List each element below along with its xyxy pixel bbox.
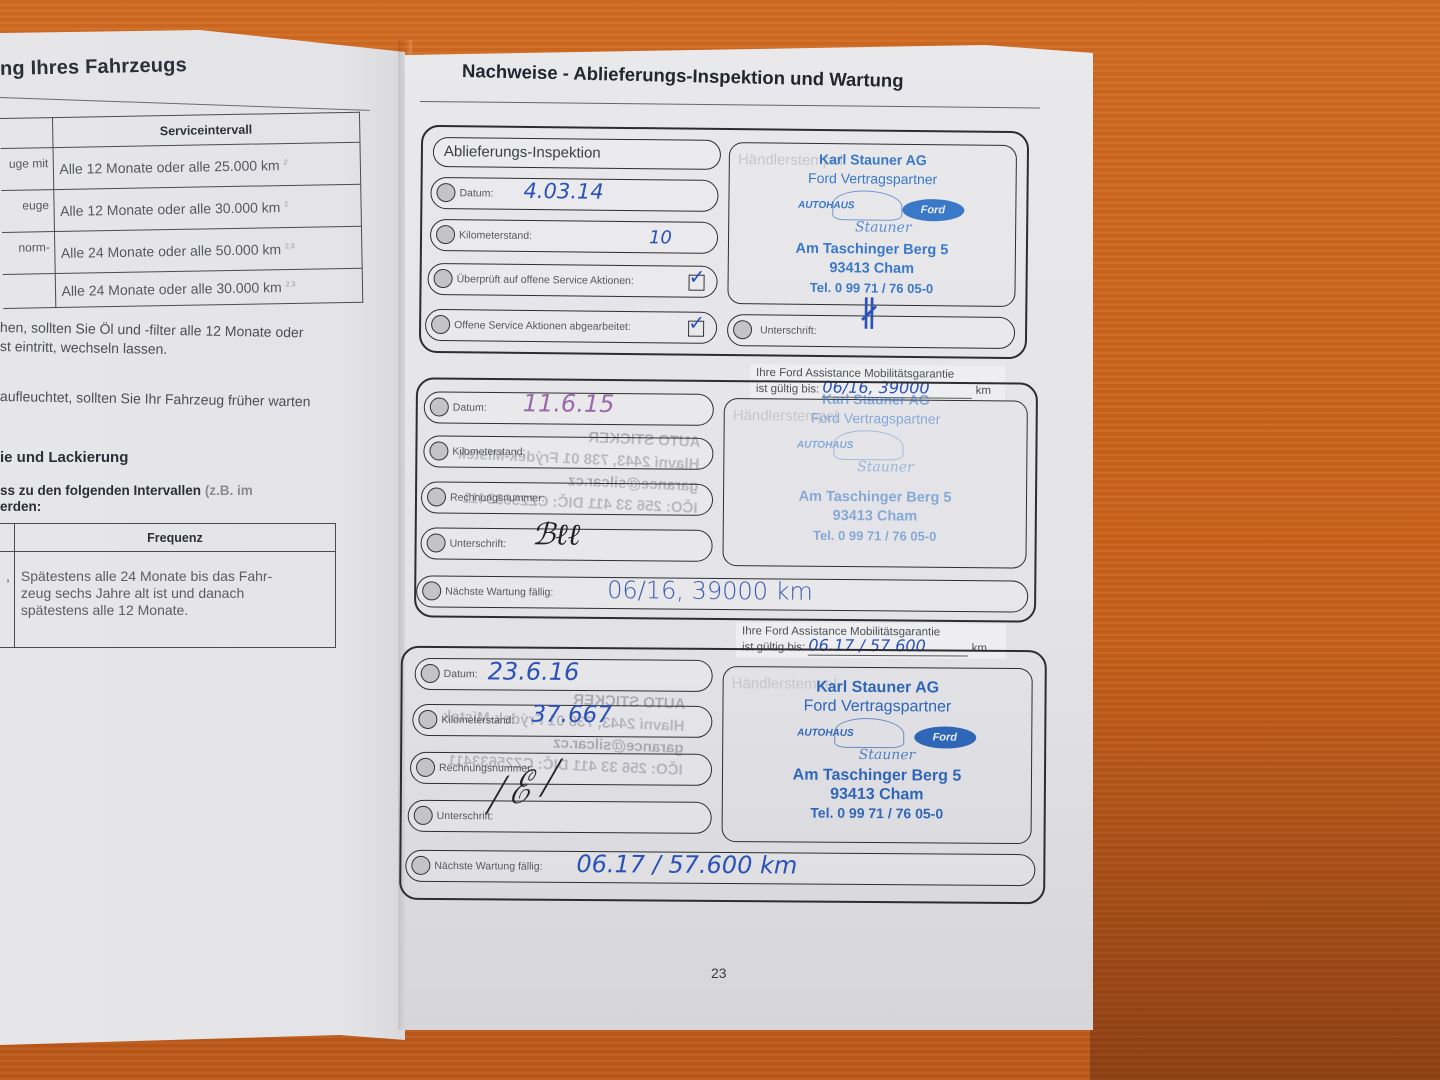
circle-icon — [430, 397, 449, 416]
handwritten-mileage: 37.667 — [531, 702, 612, 729]
field-label: Datum: — [459, 187, 493, 199]
handwritten-next-service: 06/16, 39000 km — [607, 576, 813, 606]
table-row: , Spätestens alle 24 Monate bis das Fahr… — [0, 552, 336, 648]
field-label: Nächste Wartung fällig: — [445, 586, 553, 599]
stauner-script: Stauner — [855, 218, 912, 238]
ford-logo-icon: Ford — [914, 726, 976, 748]
field-label: Offene Service Aktionen abgearbeitet: — [454, 319, 631, 333]
table-row: Alle 24 Monate oder alle 30.000 km 2,3 — [3, 268, 363, 308]
check-icon: ✓ — [689, 268, 706, 288]
handwritten-date: 23.6.16 — [488, 657, 580, 686]
interval-cell: Alle 24 Monate oder alle 50.000 km 2,3 — [54, 226, 362, 273]
date-field[interactable]: Datum: 11.6.15 — [424, 391, 714, 426]
vehicle-cell: norm- — [2, 232, 55, 275]
table-row: euge Alle 12 Monate oder alle 30.000 km … — [1, 184, 361, 232]
car-logo-icon — [833, 430, 903, 461]
section-title: Ablieferungs-Inspektion — [444, 143, 601, 162]
circle-icon — [416, 758, 435, 777]
service-interval-table: Serviceintervall uge mit Alle 12 Monate … — [0, 112, 363, 309]
invoice-number-field[interactable]: Rechnungsnummer: — [421, 481, 713, 516]
dealer-phone: Tel. 0 99 71 / 76 05-0 — [723, 803, 1031, 824]
footnote: 2 — [284, 201, 288, 208]
table-header-frequency: Frequenz — [14, 524, 335, 552]
interval-cell: Alle 12 Monate oder alle 25.000 km 2 — [53, 142, 361, 189]
dealer-stamp-box: Händlerstempel Karl Stauner AG Ford Vert… — [727, 142, 1017, 307]
vehicle-cell: euge — [1, 190, 54, 233]
circle-icon — [733, 320, 752, 339]
dealer-stamp-box: Händlerstempel Karl Stauner AG Ford Vert… — [722, 666, 1033, 844]
field-label: Überprüft auf offene Service Aktionen: — [457, 273, 634, 287]
dealer-stamp: Karl Stauner AG Ford Vertragspartner AUT… — [724, 389, 1027, 547]
circle-icon — [431, 315, 450, 334]
handwritten-next-service: 06.17 / 57.600 km — [576, 850, 797, 880]
footnote: 2,3 — [286, 281, 296, 288]
circle-icon — [411, 856, 430, 875]
interval-text: Alle 12 Monate oder alle 30.000 km — [60, 199, 280, 219]
field-label: Nächste Wartung fällig: — [434, 860, 542, 873]
date-field[interactable]: Datum: 4.03.14 — [430, 177, 718, 212]
dealer-street: Am Taschinger Berg 5 — [724, 487, 1026, 509]
interval-cell: Alle 12 Monate oder alle 30.000 km 2 — [53, 184, 361, 231]
circle-icon — [427, 533, 446, 552]
circle-icon — [427, 487, 446, 506]
section-intro: ss zu den folgenden Intervallen (z.B. im… — [0, 483, 253, 515]
dealer-logo-row: AUTOHAUS Ford Stauner — [723, 715, 1031, 767]
table-header-vehicle — [0, 118, 53, 149]
interval-text: Alle 24 Monate oder alle 30.000 km — [61, 279, 281, 299]
frequency-line: Spätestens alle 24 Monate bis das Fahr- — [21, 568, 272, 584]
ford-logo-text: Ford — [914, 726, 976, 748]
handwritten-mileage: 10 — [649, 227, 672, 248]
handwritten-signature: ∦ — [858, 294, 880, 334]
field-label: Rechnungsnummer: — [450, 492, 545, 505]
dealer-city: 93413 Cham — [723, 784, 1031, 805]
circle-icon — [414, 806, 433, 825]
dealer-phone: Tel. 0 99 71 / 76 05-0 — [724, 525, 1026, 547]
stauner-script: Stauner — [859, 746, 916, 765]
dealer-stamp-box: Händlerstempel Karl Stauner AG Ford Vert… — [722, 398, 1027, 569]
field-label: Unterschrift: — [450, 538, 507, 550]
item-cell: , — [0, 552, 14, 648]
section-intro-text: ss zu den folgenden Intervallen — [0, 483, 201, 498]
section-intro-example: (z.B. im — [205, 483, 253, 498]
field-label: Datum: — [453, 402, 487, 414]
dealer-logo-row: AUTOHAUS Stauner — [724, 427, 1027, 490]
handwritten-date: 4.03.14 — [523, 179, 603, 204]
delivery-inspection-title: Ablieferungs-Inspektion — [433, 137, 721, 170]
check-icon: ✓ — [688, 314, 705, 334]
left-page-title: ng Ihres Fahrzeugs — [0, 54, 187, 81]
frequency-table: Frequenz , Spätestens alle 24 Monate bis… — [0, 523, 336, 648]
oil-paragraph-line-2: st eintritt, wechseln lassen. — [0, 337, 167, 358]
circle-icon — [434, 269, 453, 288]
section-intro-end: erden: — [0, 499, 41, 514]
footnote: 2 — [283, 159, 287, 166]
handwritten-signature: ℬℓℓ — [532, 517, 581, 552]
completed-service-actions-field[interactable]: Offene Service Aktionen abgearbeitet: ✓ — [425, 309, 717, 344]
checked-service-actions-checkbox[interactable]: ✓ — [688, 275, 704, 291]
frequency-line: spätestens alle 12 Monate. — [21, 602, 188, 618]
circle-icon — [421, 664, 440, 683]
mileage-field[interactable]: Kilometerstand: 10 — [430, 219, 718, 254]
page-number: 23 — [711, 965, 727, 981]
vehicle-cell — [3, 274, 56, 309]
handwritten-date: 11.6.15 — [523, 389, 615, 418]
circle-icon — [422, 581, 441, 600]
interval-text: Alle 24 Monate oder alle 50.000 km — [61, 241, 281, 261]
completed-service-actions-checkbox[interactable]: ✓ — [688, 321, 704, 337]
field-label: Datum: — [444, 668, 478, 680]
date-field[interactable]: Datum: 23.6.16 — [415, 658, 713, 692]
circle-icon — [436, 183, 455, 202]
dealer-stamp: Karl Stauner AG Ford Vertragspartner AUT… — [728, 149, 1016, 299]
signature-field[interactable]: Unterschrift: ∦ — [727, 314, 1015, 349]
mileage-field[interactable]: Kilometerstand: 37.667 — [412, 704, 712, 738]
signature-field[interactable]: Unterschrift: ℬℓℓ — [420, 527, 712, 562]
interval-cell: Alle 24 Monate oder alle 30.000 km 2,3 — [55, 268, 363, 307]
table-row: uge mit Alle 12 Monate oder alle 25.000 … — [1, 142, 361, 190]
frequency-line: zeug sechs Jahre alt ist und danach — [21, 585, 244, 601]
service-block-1: AUTO STICKER Hlavní 2443, 738 01 Frýdek-… — [414, 377, 1038, 622]
dealer-partner: Ford Vertragspartner — [725, 408, 1027, 430]
dealer-logo-row: AUTOHAUS Ford Stauner — [729, 187, 1016, 242]
stauner-script: Stauner — [857, 458, 914, 477]
next-service-field[interactable]: Nächste Wartung fällig: 06.17 / 57.600 k… — [405, 850, 1035, 886]
table-header-item — [0, 524, 14, 552]
section-heading: ie und Lackierung — [0, 449, 128, 466]
delivery-inspection-block: Ablieferungs-Inspektion Datum: 4.03.14 K… — [419, 125, 1029, 359]
dealer-name: Karl Stauner AG — [725, 389, 1027, 411]
table-row: norm- Alle 24 Monate oder alle 50.000 km… — [2, 226, 362, 274]
footnote: 2,3 — [285, 243, 295, 250]
checked-service-actions-field[interactable]: Überprüft auf offene Service Aktionen: ✓ — [427, 263, 717, 298]
dealer-name: Karl Stauner AG — [724, 677, 1032, 698]
circle-icon — [429, 441, 448, 460]
signature-field[interactable]: Unterschrift: ⟋ℰ⟋ — [408, 800, 712, 834]
dealer-street: Am Taschinger Berg 5 — [723, 765, 1031, 786]
service-block-2: AUTO STICKER Hlavní 2443, 738 01 Frýdek-… — [399, 646, 1047, 905]
dealer-city: 93413 Cham — [724, 506, 1026, 528]
frequency-cell: Spätestens alle 24 Monate bis das Fahr- … — [14, 552, 335, 648]
interval-text: Alle 12 Monate oder alle 25.000 km — [59, 157, 279, 177]
car-logo-icon — [832, 190, 902, 221]
circle-icon — [436, 225, 455, 244]
dealer-partner: Ford Vertragspartner — [723, 696, 1031, 717]
table-surface-shadow — [1090, 0, 1440, 1080]
circle-icon — [418, 710, 437, 729]
next-service-field[interactable]: Nächste Wartung fällig: 06/16, 39000 km — [416, 575, 1028, 612]
field-label: Kilometerstand: — [441, 714, 514, 727]
field-label: Kilometerstand: — [452, 446, 525, 459]
dealer-stamp: Karl Stauner AG Ford Vertragspartner AUT… — [723, 677, 1032, 824]
mileage-field[interactable]: Kilometerstand: — [423, 435, 713, 470]
car-logo-icon — [834, 718, 904, 748]
vehicle-cell: uge mit — [1, 148, 54, 191]
field-label: Kilometerstand: — [459, 229, 532, 242]
field-label: Unterschrift: — [760, 324, 817, 337]
